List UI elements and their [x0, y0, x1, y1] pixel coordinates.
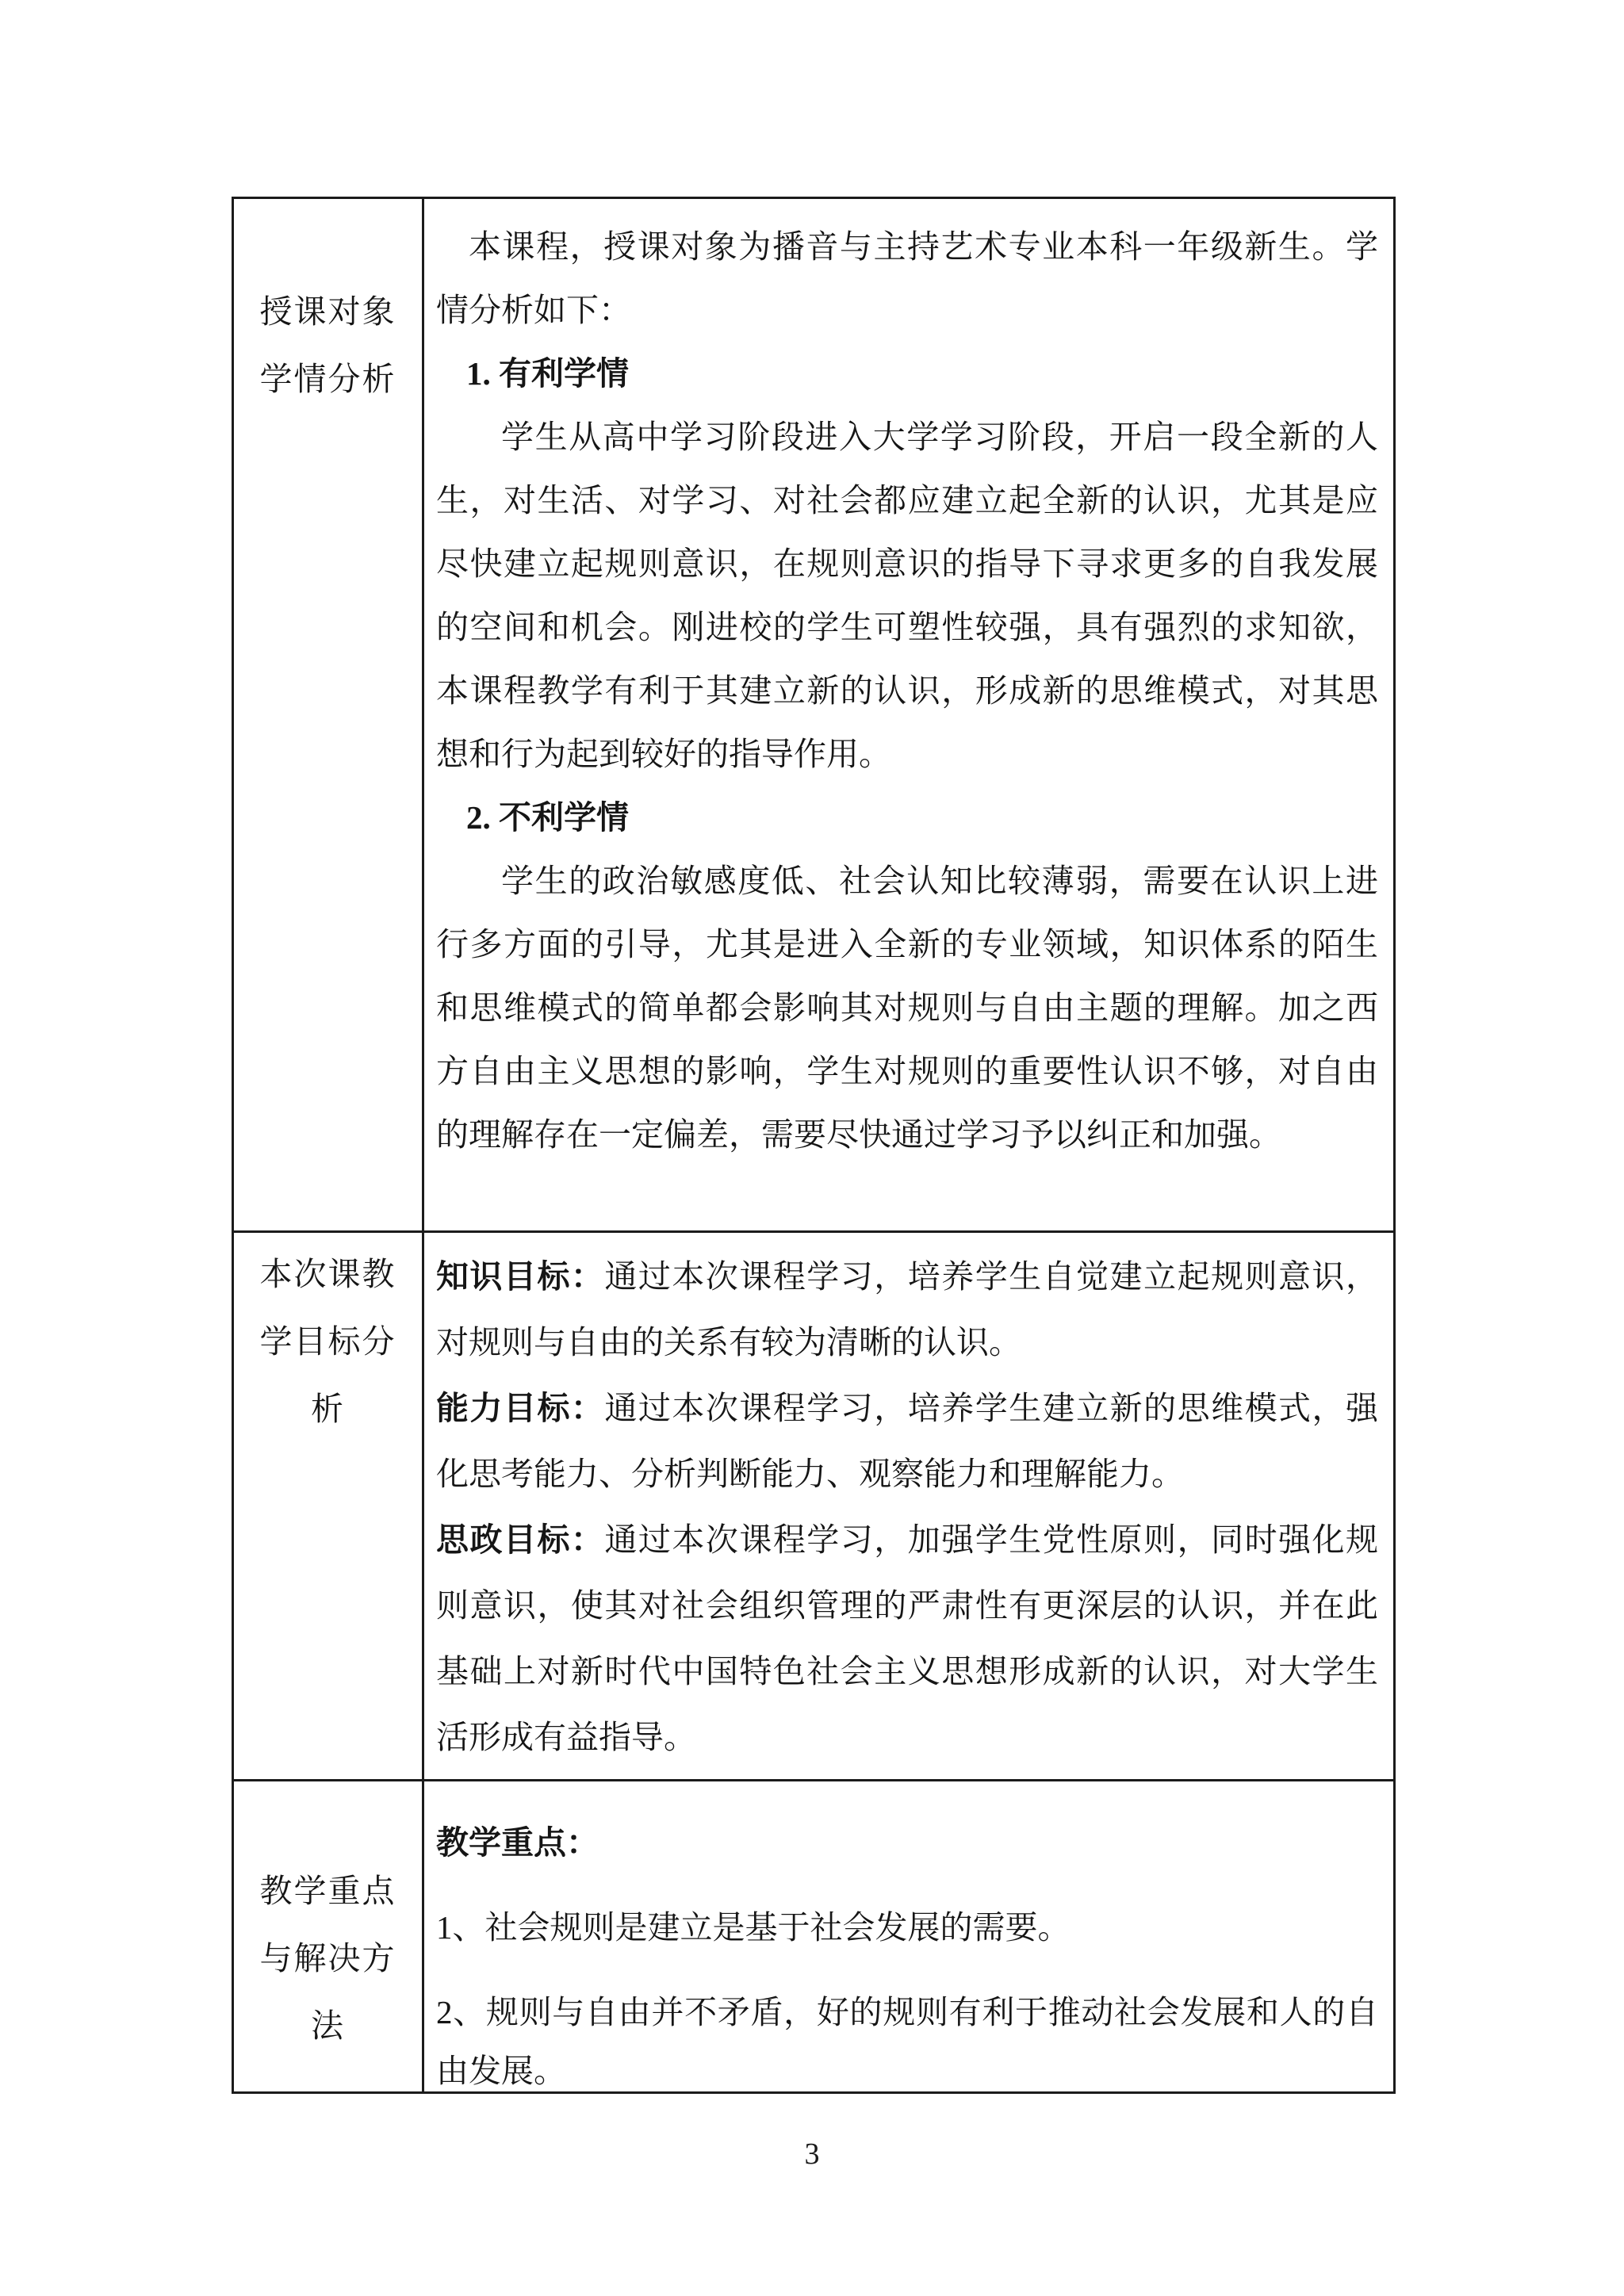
row3-header-cell: 教学重点 与解决方 法 — [234, 1781, 424, 2091]
page-number: 3 — [0, 2137, 1624, 2172]
row2-header-line: 本次课教 — [234, 1241, 422, 1308]
row2-content-cell: 知识目标：通过本次课程学习，培养学生自觉建立起规则意识，对规则与自由的关系有较为… — [424, 1233, 1393, 1781]
row1-header-line: 学情分析 — [234, 346, 422, 413]
teaching-focus-title: 教学重点： — [436, 1813, 1378, 1872]
row1-header-cell: 授课对象 学情分析 — [234, 199, 424, 1233]
document-page: 授课对象 学情分析 本课程，授课对象为播音与主持艺术专业本科一年级新生。学情分析… — [0, 0, 1624, 2296]
row2-header-line: 学目标分 — [234, 1308, 422, 1376]
row3-header-line: 教学重点 — [234, 1858, 422, 1925]
row3-header-line: 与解决方 — [234, 1925, 422, 1992]
para-unfavorable-analysis: 学生的政治敏感度低、社会认知比较薄弱，需要在认识上进行多方面的引导，尤其是进入全… — [436, 849, 1378, 1166]
section-title-favorable: 1. 有利学情 — [436, 342, 1378, 405]
row3-header-line: 法 — [234, 1992, 422, 2060]
para-intro: 本课程，授课对象为播音与主持艺术专业本科一年级新生。学情分析如下： — [436, 215, 1378, 342]
teaching-focus-item: 1、社会规则是建立是基于社会发展的需要。 — [436, 1898, 1378, 1957]
row2-header-line: 析 — [234, 1376, 422, 1443]
row1-content-cell: 本课程，授课对象为播音与主持艺术专业本科一年级新生。学情分析如下： 1. 有利学… — [424, 199, 1393, 1233]
goal-ideological-label: 思政目标： — [436, 1521, 604, 1558]
lesson-plan-table: 授课对象 学情分析 本课程，授课对象为播音与主持艺术专业本科一年级新生。学情分析… — [232, 197, 1396, 2094]
goal-knowledge-label: 知识目标： — [436, 1258, 604, 1295]
row1-header-line: 授课对象 — [234, 278, 422, 346]
row3-content-cell: 教学重点： 1、社会规则是建立是基于社会发展的需要。 2、规则与自由并不矛盾，好… — [424, 1781, 1393, 2091]
teaching-focus-item: 2、规则与自由并不矛盾，好的规则有利于推动社会发展和人的自由发展。 — [436, 1983, 1378, 2091]
section-title-unfavorable: 2. 不利学情 — [436, 786, 1378, 849]
goal-ability: 能力目标：通过本次课程学习，培养学生建立新的思维模式，强化思考能力、分析判断能力… — [436, 1376, 1378, 1507]
goal-ideological: 思政目标：通过本次课程学习，加强学生党性原则，同时强化规则意识，使其对社会组织管… — [436, 1507, 1378, 1770]
goal-ability-label: 能力目标： — [436, 1390, 604, 1426]
para-favorable-analysis: 学生从高中学习阶段进入大学学习阶段，开启一段全新的人生，对生活、对学习、对社会都… — [436, 405, 1378, 786]
goal-knowledge: 知识目标：通过本次课程学习，培养学生自觉建立起规则意识，对规则与自由的关系有较为… — [436, 1244, 1378, 1376]
row2-header-cell: 本次课教 学目标分 析 — [234, 1233, 424, 1781]
